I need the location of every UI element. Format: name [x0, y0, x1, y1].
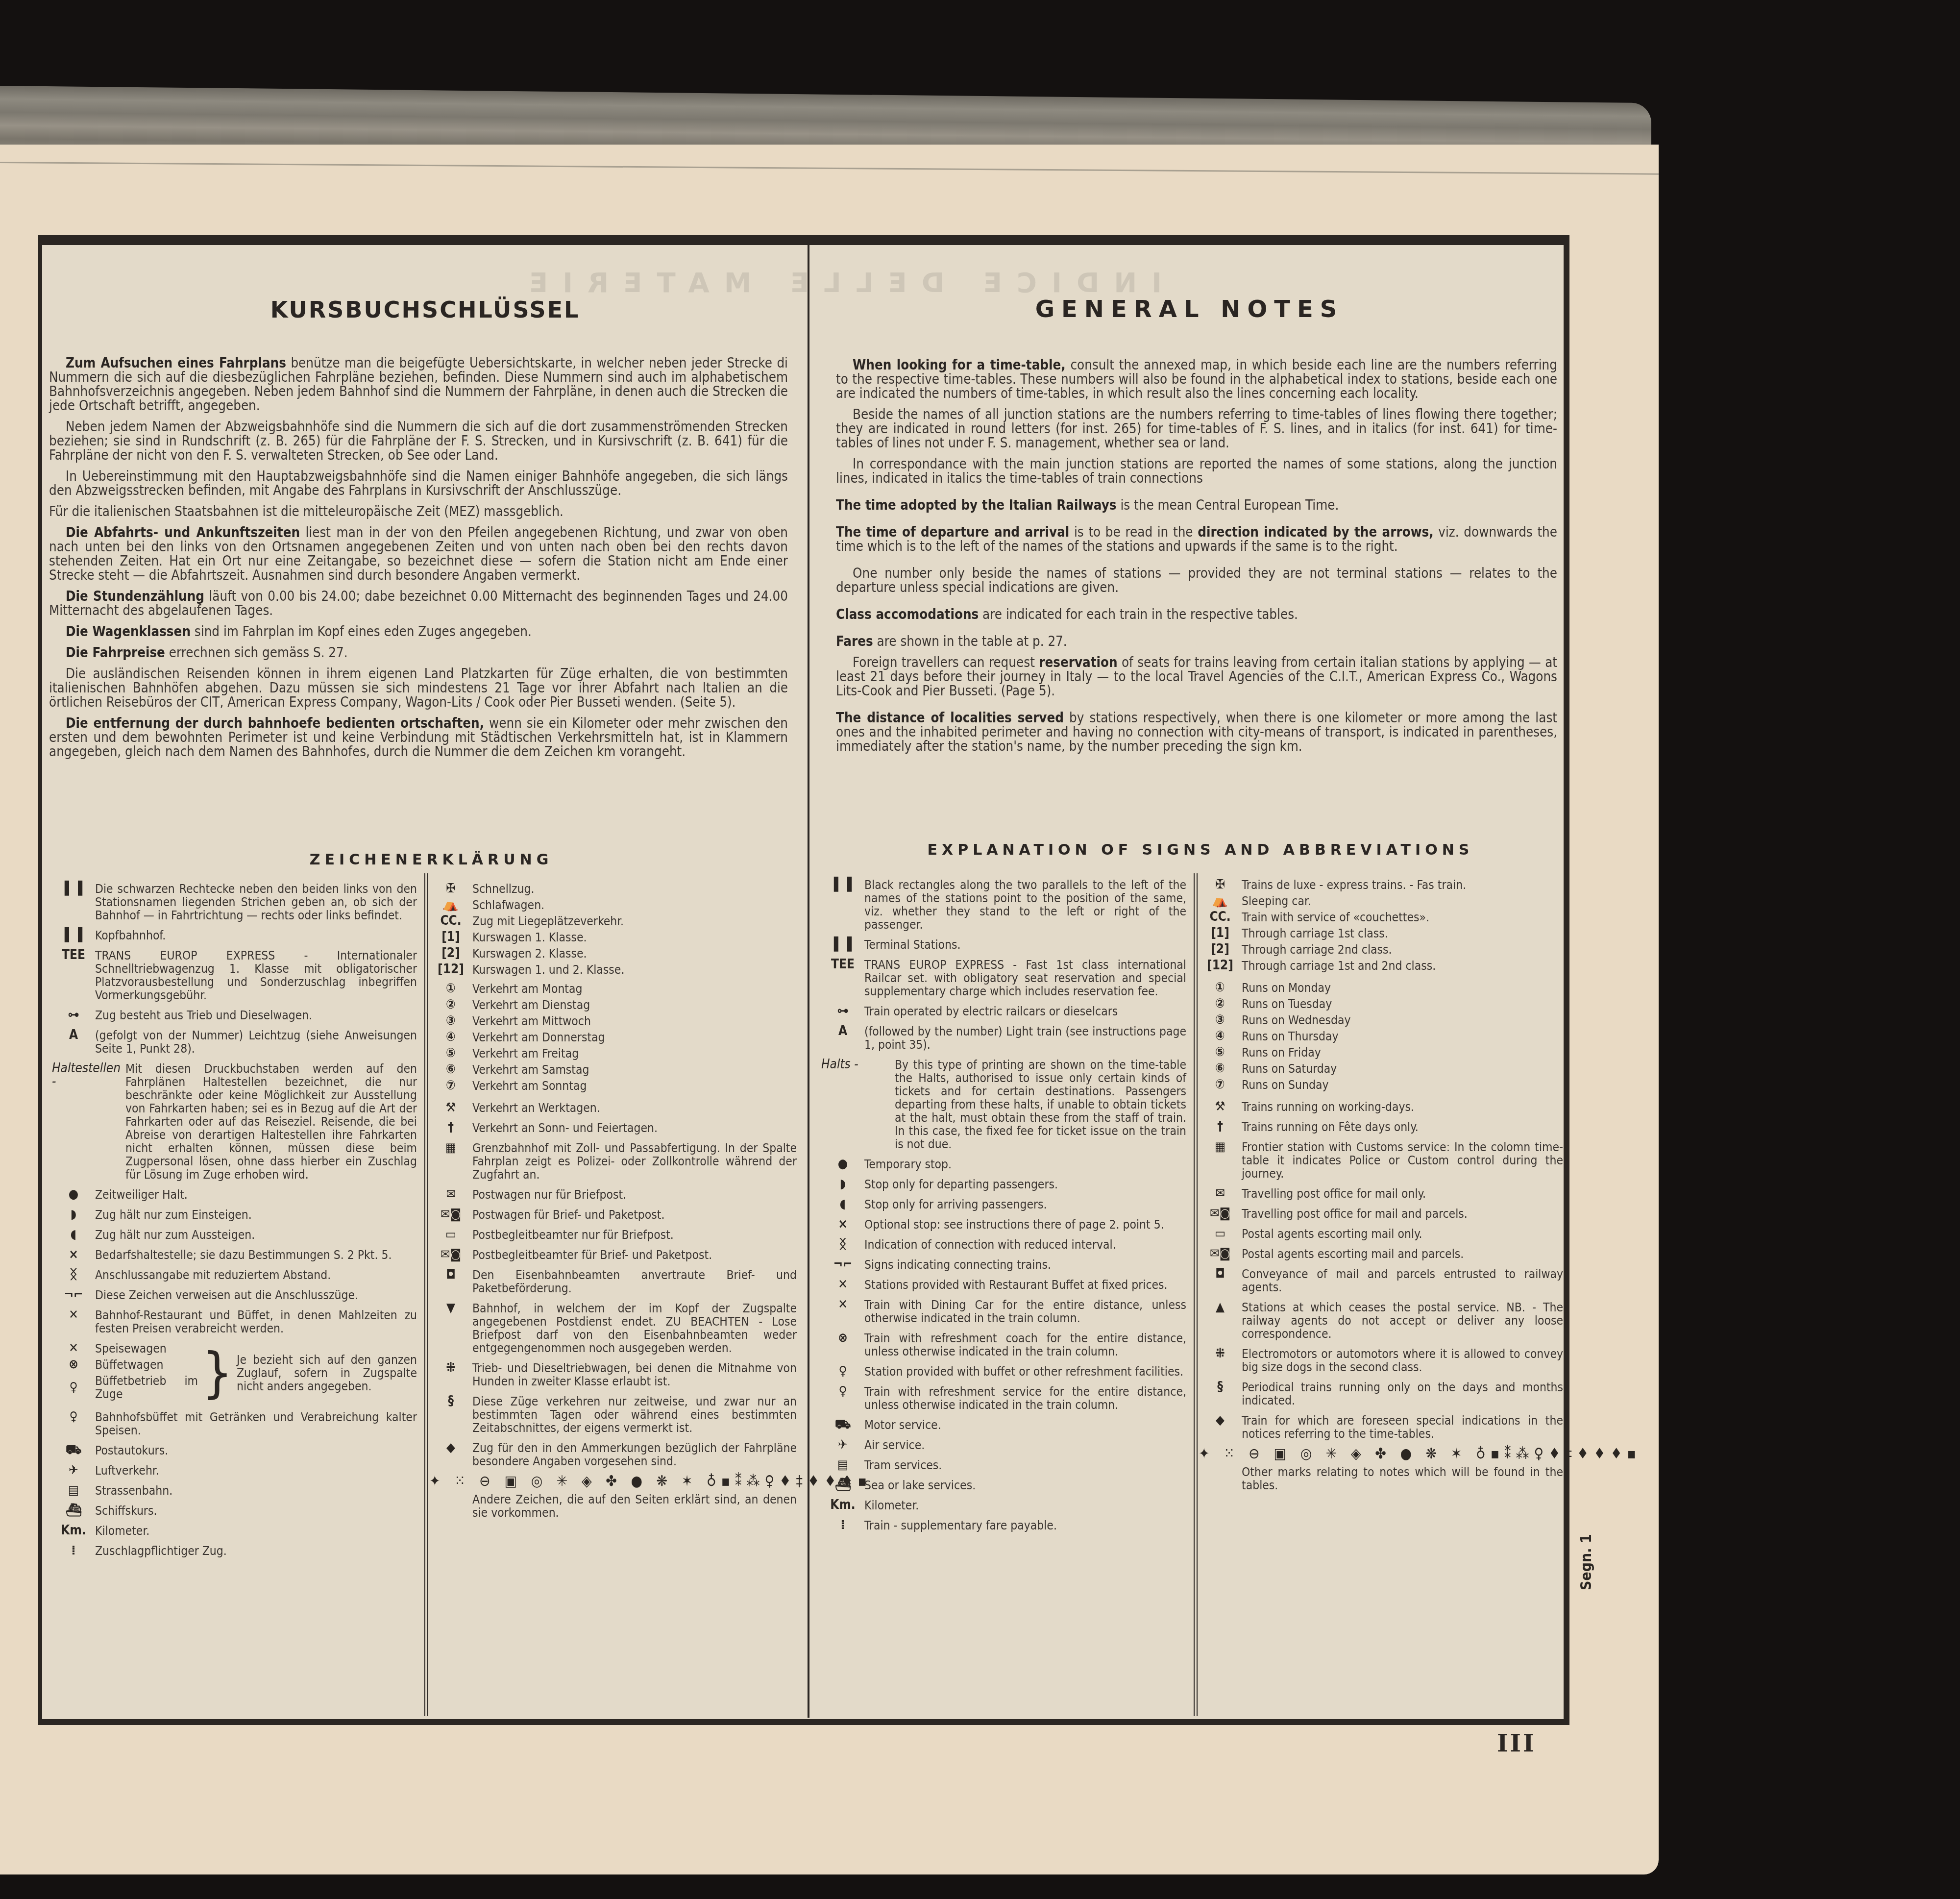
station-buffet-icon: ♀	[52, 1410, 95, 1424]
legend-text: Zuschlagpflichtiger Zug.	[95, 1544, 417, 1557]
legend-entry: ♀Bahnhofsbüffet mit Getränken und Verabr…	[52, 1410, 417, 1437]
note-emphasis: reservation	[1039, 655, 1117, 670]
legend-entry: ✈Air service.	[821, 1438, 1186, 1452]
german-signs-divider	[424, 873, 425, 1716]
legend-symbol: ⑤	[429, 1047, 472, 1060]
station-restaurant-icon: ✕	[821, 1278, 864, 1291]
legend-entry: ✉◙Postal agents escorting mail and parce…	[1199, 1247, 1563, 1260]
legend-entry: Andere Zeichen, die auf den Seiten erklä…	[429, 1493, 797, 1519]
german-title: KURSBUCHSCHLÜSSEL	[44, 296, 806, 323]
station-side-rectangles-icon: ▌▐	[52, 882, 95, 895]
legend-entry: CC.Train with service of «couchettes».	[1199, 911, 1563, 924]
station-restaurant-icon: ✕	[52, 1308, 95, 1322]
legend-symbol: ⑦	[429, 1079, 472, 1092]
legend-text: Speisewagen	[95, 1342, 198, 1355]
legend-entry: ▼Bahnhof, in welchem der im Kopf der Zug…	[429, 1302, 797, 1355]
legend-text: Schiffskurs.	[95, 1504, 417, 1517]
legend-entry: ✕Bahnhof-Restaurant und Büffet, in denen…	[52, 1308, 417, 1335]
note-text: Beside the names of all junction station…	[836, 407, 1557, 451]
light-train-letter-icon: A	[52, 1029, 95, 1042]
legend-entry: ◘Den Eisenbahnbeamten anvertraute Brief-…	[429, 1268, 797, 1295]
legend-entry: ◖Zug hält nur zum Aussteigen.	[52, 1228, 417, 1241]
legend-text: Sea or lake services.	[864, 1479, 1186, 1492]
couchette-abbrev: CC.	[429, 914, 472, 928]
legend-entry: ⛺Schlafwagen.	[429, 898, 797, 912]
legend-text: TRANS EUROP EXPRESS - Internationaler Sc…	[95, 949, 417, 1002]
legend-text: Verkehrt am Samstag	[472, 1063, 797, 1076]
legend-entry: ⑥Runs on Saturday	[1199, 1062, 1563, 1075]
legend-text: Electromotors or automotors where it is …	[1242, 1347, 1563, 1374]
air-service-icon: ✈	[821, 1438, 864, 1452]
legend-text: Runs on Thursday	[1242, 1030, 1563, 1043]
legend-entry: ✠Trains de luxe - express trains. - Fas …	[1199, 878, 1563, 891]
legend-text: Verkehrt am Dienstag	[472, 998, 797, 1011]
legend-entry: [1]Through carriage 1st class.	[1199, 927, 1563, 940]
buffet-service-icon: ♀	[52, 1381, 95, 1394]
through-carriage-2-icon: [2]	[429, 947, 472, 960]
legend-entry: ⛴Sea or lake services.	[821, 1479, 1186, 1492]
legend-entry: ④Runs on Thursday	[1199, 1030, 1563, 1043]
mail-only-icon: ✉	[1199, 1187, 1242, 1200]
legend-text: Verkehrt an Werktagen.	[472, 1101, 797, 1114]
frontier-station-icon: ▦	[1199, 1140, 1242, 1154]
section-tab: Segn. 1	[1578, 1534, 1595, 1590]
german-signs-right-column: ✠Schnellzug.⛺Schlafwagen.CC.Zug mit Lieg…	[429, 882, 797, 1526]
legend-entry: ⚒Verkehrt an Werktagen.	[429, 1101, 797, 1114]
postal-service-end-icon: ▼	[429, 1302, 472, 1315]
station-buffet-icon: ♀	[821, 1365, 864, 1378]
english-signs-left-column: ▌▐Black rectangles along the two paralle…	[821, 878, 1186, 1539]
english-signs-right-column: ✠Trains de luxe - express trains. - Fas …	[1199, 878, 1563, 1499]
legend-entry: Km.Kilometer.	[52, 1524, 417, 1537]
legend-entry: †Verkehrt an Sonn- und Feiertagen.	[429, 1121, 797, 1134]
tram-icon: ▤	[52, 1484, 95, 1497]
terminal-station-icon: ▌▐	[821, 938, 864, 951]
note-paragraph: When looking for a time-table, consult t…	[836, 358, 1557, 401]
legend-entry: ③Runs on Wednesday	[1199, 1013, 1563, 1027]
legend-entry: Km.Kilometer.	[821, 1499, 1186, 1512]
legend-entry: ▤Strassenbahn.	[52, 1484, 417, 1497]
boarding-only-icon: ◗	[52, 1208, 95, 1221]
other-marks-icons: ✦ ⁙ ⊖ ▣ ◎ ✳ ◈ ✤ ● ❋ ✶ ♁▪⁑⁂♀♦‡♦♦♦▪	[429, 1475, 797, 1488]
legend-symbol: ⑦	[1199, 1078, 1242, 1091]
legend-entry: [2]Kurswagen 2. Klasse.	[429, 947, 797, 960]
legend-entry: ▌▐Black rectangles along the two paralle…	[821, 878, 1186, 931]
legend-entry: ⑦Verkehrt am Sonntag	[429, 1079, 797, 1092]
working-days-icon: ⚒	[429, 1101, 472, 1114]
post-bus-icon: ⛟	[821, 1418, 864, 1431]
legend-text: Den Eisenbahnbeamten anvertraute Brief- …	[472, 1268, 797, 1295]
legend-text: Bahnhof, in welchem der im Kopf der Zugs…	[472, 1302, 797, 1355]
note-paragraph: Neben jedem Namen der Abzweigsbahnhöfe s…	[49, 420, 788, 463]
english-signs-title: EXPLANATION OF SIGNS AND ABBREVIATIONS	[828, 841, 1573, 859]
legend-entry: ②Verkehrt am Dienstag	[429, 998, 797, 1011]
legend-entry: ✉Postwagen nur für Briefpost.	[429, 1188, 797, 1201]
german-signs-left-column: ▌▐Die schwarzen Rechtecke neben den beid…	[52, 882, 417, 1564]
legend-entry: ✕Train with Dining Car for the entire di…	[821, 1298, 1186, 1325]
legend-symbol: ①	[429, 982, 472, 995]
legend-entry: †Trains running on Fête days only.	[1199, 1120, 1563, 1134]
legend-entry: ◆Zug für den in den Ammerkungen bezüglic…	[429, 1441, 797, 1468]
alighting-only-icon: ◖	[821, 1198, 864, 1211]
legend-entry: ▦Grenzbahnhof mit Zoll- und Passabfertig…	[429, 1141, 797, 1181]
legend-text: Postautokurs.	[95, 1444, 417, 1457]
note-paragraph: Die entfernung der durch bahnhoefe bedie…	[49, 716, 788, 759]
legend-text: Terminal Stations.	[864, 938, 1186, 951]
legend-symbol: ⑥	[429, 1063, 472, 1076]
legend-entry: ◖Stop only for arriving passengers.	[821, 1198, 1186, 1211]
legend-text: Diese Züge verkehren nur zeitweise, und …	[472, 1395, 797, 1434]
legend-text: Indication of connection with reduced in…	[864, 1238, 1186, 1251]
legend-entry: ♀Büffetbetrieb im Zuge	[52, 1374, 198, 1401]
legend-entry: ⑥Verkehrt am Samstag	[429, 1063, 797, 1076]
legend-text: Runs on Wednesday	[1242, 1013, 1563, 1027]
legend-entry: [12]Kurswagen 1. und 2. Klasse.	[429, 963, 797, 976]
legend-text: Zug für den in den Ammerkungen bezüglich…	[472, 1441, 797, 1468]
legend-entry: ♀Train with refreshment service for the …	[821, 1385, 1186, 1411]
weekday-list: ①Verkehrt am Montag②Verkehrt am Dienstag…	[429, 982, 797, 1092]
legend-symbol: ③	[429, 1014, 472, 1028]
note-lead: Die entfernung der durch bahnhoefe bedie…	[66, 715, 484, 731]
note-paragraph: Die Stundenzählung läuft von 0.00 bis 24…	[49, 590, 788, 618]
postal-service-end-icon: ▲	[1199, 1301, 1242, 1314]
legend-text: Kurswagen 1. und 2. Klasse.	[472, 963, 797, 976]
legend-entry: ᛝIndication of connection with reduced i…	[821, 1238, 1186, 1251]
note-paragraph: Beside the names of all junction station…	[836, 408, 1557, 450]
legend-text: Sleeping car.	[1242, 894, 1563, 908]
legend-text: Air service.	[864, 1438, 1186, 1452]
legend-symbol: ②	[429, 998, 472, 1011]
legend-entry: ④Verkehrt am Donnerstag	[429, 1031, 797, 1044]
legend-entry: ¬⌐Diese Zeichen verweisen aut die Anschl…	[52, 1288, 417, 1302]
note-lead: Die Fahrpreise	[66, 645, 165, 661]
legend-text: Stop only for arriving passengers.	[864, 1198, 1186, 1211]
legend-text: Runs on Friday	[1242, 1046, 1563, 1059]
through-carriage-2-icon: [2]	[1199, 943, 1242, 956]
dogs-allowed-icon: ⁜	[429, 1361, 472, 1375]
note-lead: The time of departure and arrival	[836, 524, 1069, 540]
note-paragraph: Die ausländischen Reisenden können in ih…	[49, 667, 788, 710]
legend-text: Schnellzug.	[472, 882, 797, 895]
km-abbrev: Km.	[821, 1499, 864, 1512]
note-paragraph: Zum Aufsuchen eines Fahrplans benütze ma…	[49, 356, 788, 413]
note-paragraph: Foreign travellers can request reservati…	[836, 656, 1557, 698]
legend-text: Bahnhof-Restaurant und Büffet, in denen …	[95, 1308, 417, 1335]
legend-text: Trains running on working-days.	[1242, 1100, 1563, 1113]
legend-text: Periodical trains running only on the da…	[1242, 1381, 1563, 1407]
legend-text: Zeitweiliger Halt.	[95, 1188, 417, 1201]
legend-symbol: ⑥	[1199, 1062, 1242, 1075]
legend-entry: ⚒Trains running on working-days.	[1199, 1100, 1563, 1113]
note-paragraph: In correspondance with the main junction…	[836, 457, 1557, 486]
legend-text: Zug hält nur zum Einsteigen.	[95, 1208, 417, 1221]
center-divider	[808, 243, 809, 1718]
legend-text: Luftverkehr.	[95, 1464, 417, 1477]
note-paragraph: Die Wagenklassen sind im Fahrplan im Kop…	[49, 625, 788, 639]
buffet-car-icon: ⊗	[52, 1358, 95, 1371]
german-notes: Zum Aufsuchen eines Fahrplans benütze ma…	[49, 356, 788, 766]
working-days-icon: ⚒	[1199, 1100, 1242, 1113]
legend-text: Verkehrt am Montag	[472, 982, 797, 995]
note-paragraph: One number only beside the names of stat…	[836, 567, 1557, 595]
legend-text: (gefolgt von der Nummer) Leichtzug (sieh…	[95, 1029, 417, 1055]
terminal-station-icon: ▌▐	[52, 929, 95, 942]
legend-entry: ▭Postal agents escorting mail only.	[1199, 1227, 1563, 1240]
legend-text: Strassenbahn.	[95, 1484, 417, 1497]
note-text: sind im Fahrplan im Kopf eines eden Zuge…	[191, 624, 532, 640]
railcar-icon: ⊶	[821, 1005, 864, 1018]
legend-entry: ⛴Schiffskurs.	[52, 1504, 417, 1517]
station-side-rectangles-icon: ▌▐	[821, 878, 864, 891]
legend-text: TRANS EUROP EXPRESS - Fast 1st class int…	[864, 958, 1186, 998]
note-text: In Uebereinstimmung mit den Hauptabzweig…	[49, 469, 788, 498]
legend-entry: Halts -By this type of printing are show…	[821, 1058, 1186, 1151]
legend-text: Stop only for departing passengers.	[864, 1178, 1186, 1191]
note-paragraph: The distance of localities served by sta…	[836, 711, 1557, 754]
legend-entry: ⛺Sleeping car.	[1199, 894, 1563, 908]
sleeping-car-icon: ⛺	[429, 898, 472, 912]
legend-text: Stations at which ceases the postal serv…	[1242, 1301, 1563, 1340]
note-lead: Die Abfahrts- und Ankunftszeiten	[66, 525, 300, 541]
legend-text: Frontier station with Customs service: I…	[1242, 1140, 1563, 1180]
legend-text: Through carriage 2nd class.	[1242, 943, 1563, 956]
holidays-icon: †	[1199, 1120, 1242, 1134]
legend-symbol: ①	[1199, 981, 1242, 994]
legend-entry: ▤Tram services.	[821, 1458, 1186, 1472]
special-notes-icon: ◆	[429, 1441, 472, 1455]
legend-entry: A(gefolgt von der Nummer) Leichtzug (sie…	[52, 1029, 417, 1055]
note-paragraph: The time of departure and arrival is to …	[836, 525, 1557, 554]
mail-parcels-icon: ✉◙	[1199, 1207, 1242, 1220]
legend-text: Diese Zeichen verweisen aut die Anschlus…	[95, 1288, 417, 1302]
legend-entry: §Diese Züge verkehren nur zeitweise, und…	[429, 1395, 797, 1434]
note-text: Neben jedem Namen der Abzweigsbahnhöfe s…	[49, 419, 788, 463]
legend-text: Kilometer.	[95, 1524, 417, 1537]
legend-entry: [2]Through carriage 2nd class.	[1199, 943, 1563, 956]
legend-text: Postal agents escorting mail and parcels…	[1242, 1247, 1563, 1260]
note-paragraph: Für die italienischen Staatsbahnen ist d…	[49, 505, 788, 519]
buffet-brace-group: ✕Speisewagen⊗Büffetwagen♀Büffetbetrieb i…	[52, 1342, 417, 1404]
periodical-train-icon: §	[429, 1395, 472, 1408]
connection-signs-icon: ¬⌐	[821, 1258, 864, 1271]
legend-entry: ◗Stop only for departing passengers.	[821, 1178, 1186, 1191]
note-text: is to be read in the	[1069, 524, 1198, 540]
railcar-icon: ⊶	[52, 1009, 95, 1022]
reduced-connection-icon: ᛝ	[821, 1238, 864, 1251]
legend-text: (followed by the number) Light train (se…	[864, 1025, 1186, 1051]
legend-entry: ⊶Train operated by electric railcars or …	[821, 1005, 1186, 1018]
brace-icon: }	[202, 1348, 233, 1397]
legend-symbol: ④	[1199, 1030, 1242, 1043]
note-text: are shown in the table at p. 27.	[873, 634, 1067, 649]
halt-italic-label: Halts -	[821, 1058, 895, 1071]
legend-text: Kurswagen 1. Klasse.	[472, 931, 797, 944]
legend-text: By this type of printing are shown on th…	[895, 1058, 1186, 1151]
legend-entry: ×Optional stop: see instructions there o…	[821, 1218, 1186, 1231]
light-train-letter-icon: A	[821, 1025, 864, 1038]
legend-text: Kopfbahnhof.	[95, 929, 417, 942]
legend-text: Verkehrt an Sonn- und Feiertagen.	[472, 1121, 797, 1134]
legend-entry: ⁜Trieb- und Dieseltriebwagen, bei denen …	[429, 1361, 797, 1388]
note-lead: Die Wagenklassen	[66, 624, 191, 640]
note-text: Foreign travellers can request	[853, 655, 1039, 670]
supplement-train-icon: ⁞	[821, 1519, 864, 1532]
show-through-heading: INDICE DELLE MATERIE	[514, 267, 1162, 299]
legend-text: Conveyance of mail and parcels entrusted…	[1242, 1267, 1563, 1294]
legend-text: Kilometer.	[864, 1499, 1186, 1512]
legend-entry: ②Runs on Tuesday	[1199, 997, 1563, 1011]
legend-entry: ①Verkehrt am Montag	[429, 982, 797, 995]
legend-text: Train - supplementary fare payable.	[864, 1519, 1186, 1532]
note-lead: When looking for a time-table,	[853, 357, 1066, 373]
legend-entry: ✕Stations provided with Restaurant Buffe…	[821, 1278, 1186, 1291]
dining-car-icon: ✕	[52, 1342, 95, 1355]
legend-text: Postwagen für Brief- und Paketpost.	[472, 1208, 797, 1221]
legend-entry: ③Verkehrt am Mittwoch	[429, 1014, 797, 1028]
note-emphasis: direction indicated by the arrows,	[1198, 524, 1433, 540]
note-paragraph: Die Fahrpreise errechnen sich gemäss S. …	[49, 646, 788, 660]
note-text: Die ausländischen Reisenden können in ih…	[49, 666, 788, 710]
legend-text: Postwagen nur für Briefpost.	[472, 1188, 797, 1201]
legend-text: Train with Dining Car for the entire dis…	[864, 1298, 1186, 1325]
through-carriage-12-icon: [12]	[429, 963, 472, 976]
km-abbrev: Km.	[52, 1524, 95, 1537]
tee-logo-icon: TEE	[821, 958, 864, 971]
legend-symbol: ②	[1199, 997, 1242, 1011]
legend-text: Runs on Saturday	[1242, 1062, 1563, 1075]
legend-text: Through carriage 1st and 2nd class.	[1242, 959, 1563, 972]
legend-entry: ⑦Runs on Sunday	[1199, 1078, 1563, 1091]
legend-text: Bahnhofsbüffet mit Getränken und Verabre…	[95, 1410, 417, 1437]
frontier-station-icon: ▦	[429, 1141, 472, 1155]
temporary-stop-icon: ●	[52, 1188, 95, 1201]
brace-items: ✕Speisewagen⊗Büffetwagen♀Büffetbetrieb i…	[52, 1342, 198, 1404]
legend-text: Verkehrt am Freitag	[472, 1047, 797, 1060]
legend-entry: ▌▐Kopfbahnhof.	[52, 929, 417, 942]
legend-entry: A(followed by the number) Light train (s…	[821, 1025, 1186, 1051]
note-lead: The time adopted by the Italian Railways	[836, 497, 1117, 513]
legend-entry: ×Bedarfshaltestelle; sie dazu Bestimmung…	[52, 1248, 417, 1261]
legend-text: Zug hält nur zum Aussteigen.	[95, 1228, 417, 1241]
legend-text: Postbegleitbeamter für Brief- und Paketp…	[472, 1248, 797, 1261]
legend-entry: Other marks relating to notes which will…	[1199, 1465, 1563, 1492]
english-signs-divider	[1194, 873, 1195, 1716]
ship-icon: ⛴	[821, 1479, 864, 1492]
dogs-allowed-icon: ⁜	[1199, 1347, 1242, 1360]
note-paragraph: Class accomodations are indicated for ea…	[836, 608, 1557, 622]
legend-entry: ✉◙Postwagen für Brief- und Paketpost.	[429, 1208, 797, 1221]
through-carriage-1-icon: [1]	[429, 931, 472, 944]
special-notes-icon: ◆	[1199, 1414, 1242, 1427]
weekday-list: ①Runs on Monday②Runs on Tuesday③Runs on …	[1199, 981, 1563, 1091]
legend-entry: Haltestellen -Mit diesen Druckbuchstaben…	[52, 1062, 417, 1181]
temporary-stop-icon: ●	[821, 1158, 864, 1171]
through-carriage-12-icon: [12]	[1199, 959, 1242, 972]
legend-text: Büffetwagen	[95, 1358, 198, 1371]
express-train-icon: ✠	[1199, 878, 1242, 891]
page-number: III	[1497, 1730, 1536, 1757]
legend-entry: ✈Luftverkehr.	[52, 1464, 417, 1477]
alighting-only-icon: ◖	[52, 1228, 95, 1241]
legend-entry: ⁜Electromotors or automotors where it is…	[1199, 1347, 1563, 1374]
legend-entry: ◘Conveyance of mail and parcels entruste…	[1199, 1267, 1563, 1294]
note-paragraph: Fares are shown in the table at p. 27.	[836, 635, 1557, 649]
legend-entry: ✠Schnellzug.	[429, 882, 797, 895]
legend-text: Trains running on Fête days only.	[1242, 1120, 1563, 1134]
legend-text: Andere Zeichen, die auf den Seiten erklä…	[472, 1493, 797, 1519]
legend-text: Büffetbetrieb im Zuge	[95, 1374, 198, 1401]
legend-entry: ⛟Motor service.	[821, 1418, 1186, 1431]
request-stop-icon: ×	[52, 1248, 95, 1261]
postal-agent-parcels-icon: ✉◙	[429, 1248, 472, 1261]
legend-text: Motor service.	[864, 1418, 1186, 1431]
brace-note: Je bezieht sich auf den ganzen Zuglauf, …	[237, 1353, 417, 1393]
holidays-icon: †	[429, 1121, 472, 1134]
legend-entry: CC.Zug mit Liegeplätzeverkehr.	[429, 914, 797, 928]
legend-text: Kurswagen 2. Klasse.	[472, 947, 797, 960]
legend-entry: ●Zeitweiliger Halt.	[52, 1188, 417, 1201]
legend-text: Postal agents escorting mail only.	[1242, 1227, 1563, 1240]
legend-text: Train with service of «couchettes».	[1242, 911, 1563, 924]
english-title: GENERAL NOTES	[813, 296, 1566, 323]
legend-text: Signs indicating connecting trains.	[864, 1258, 1186, 1271]
tee-logo-icon: TEE	[52, 949, 95, 962]
note-paragraph: Die Abfahrts- und Ankunftszeiten liest m…	[49, 526, 788, 583]
legend-text: Station provided with buffet or other re…	[864, 1365, 1186, 1378]
legend-text: Travelling post office for mail and parc…	[1242, 1207, 1563, 1220]
legend-text: Train for which are foreseen special ind…	[1242, 1414, 1563, 1440]
periodical-train-icon: §	[1199, 1381, 1242, 1394]
dining-car-icon: ✕	[821, 1298, 864, 1311]
legend-text: Tram services.	[864, 1458, 1186, 1472]
note-lead: The distance of localities served	[836, 710, 1064, 726]
legend-entry: ✕Speisewagen	[52, 1342, 198, 1355]
note-lead: Zum Aufsuchen eines Fahrplans	[66, 355, 286, 371]
legend-entry: ▌▐Terminal Stations.	[821, 938, 1186, 951]
legend-text: Train with refreshment coach for the ent…	[864, 1332, 1186, 1358]
legend-text: Die schwarzen Rechtecke neben den beiden…	[95, 882, 417, 922]
legend-text: Runs on Tuesday	[1242, 997, 1563, 1011]
legend-text: Runs on Sunday	[1242, 1078, 1563, 1091]
through-carriage-1-icon: [1]	[1199, 927, 1242, 940]
legend-text: Optional stop: see instructions there of…	[864, 1218, 1186, 1231]
note-text: One number only beside the names of stat…	[836, 566, 1557, 595]
note-text: Für die italienischen Staatsbahnen ist d…	[49, 504, 563, 519]
postal-agent-mail-icon: ▭	[429, 1228, 472, 1241]
legend-entry: ✉◙Travelling post office for mail and pa…	[1199, 1207, 1563, 1220]
post-bus-icon: ⛟	[52, 1444, 95, 1457]
legend-entry: ⊗Train with refreshment coach for the en…	[821, 1332, 1186, 1358]
legend-entry: ◆Train for which are foreseen special in…	[1199, 1414, 1563, 1440]
sleeping-car-icon: ⛺	[1199, 894, 1242, 908]
legend-entry: TEETRANS EUROP EXPRESS - Fast 1st class …	[821, 958, 1186, 998]
legend-text: Anschlussangabe mit reduziertem Abstand.	[95, 1268, 417, 1282]
reduced-connection-icon: ᛝ	[52, 1268, 95, 1282]
legend-text: Verkehrt am Sonntag	[472, 1079, 797, 1092]
mail-only-icon: ✉	[429, 1188, 472, 1201]
mail-parcels-icon: ✉◙	[429, 1208, 472, 1221]
railway-agent-mail-icon: ◘	[429, 1268, 472, 1282]
legend-entry: ▭Postbegleitbeamter nur für Briefpost.	[429, 1228, 797, 1241]
ship-icon: ⛴	[52, 1504, 95, 1517]
legend-entry: ①Runs on Monday	[1199, 981, 1563, 994]
legend-entry: ▦Frontier station with Customs service: …	[1199, 1140, 1563, 1180]
legend-text: Verkehrt am Donnerstag	[472, 1031, 797, 1044]
couchette-abbrev: CC.	[1199, 911, 1242, 924]
legend-text: Stations provided with Restaurant Buffet…	[864, 1278, 1186, 1291]
legend-text: Verkehrt am Mittwoch	[472, 1014, 797, 1028]
railway-agent-mail-icon: ◘	[1199, 1267, 1242, 1281]
